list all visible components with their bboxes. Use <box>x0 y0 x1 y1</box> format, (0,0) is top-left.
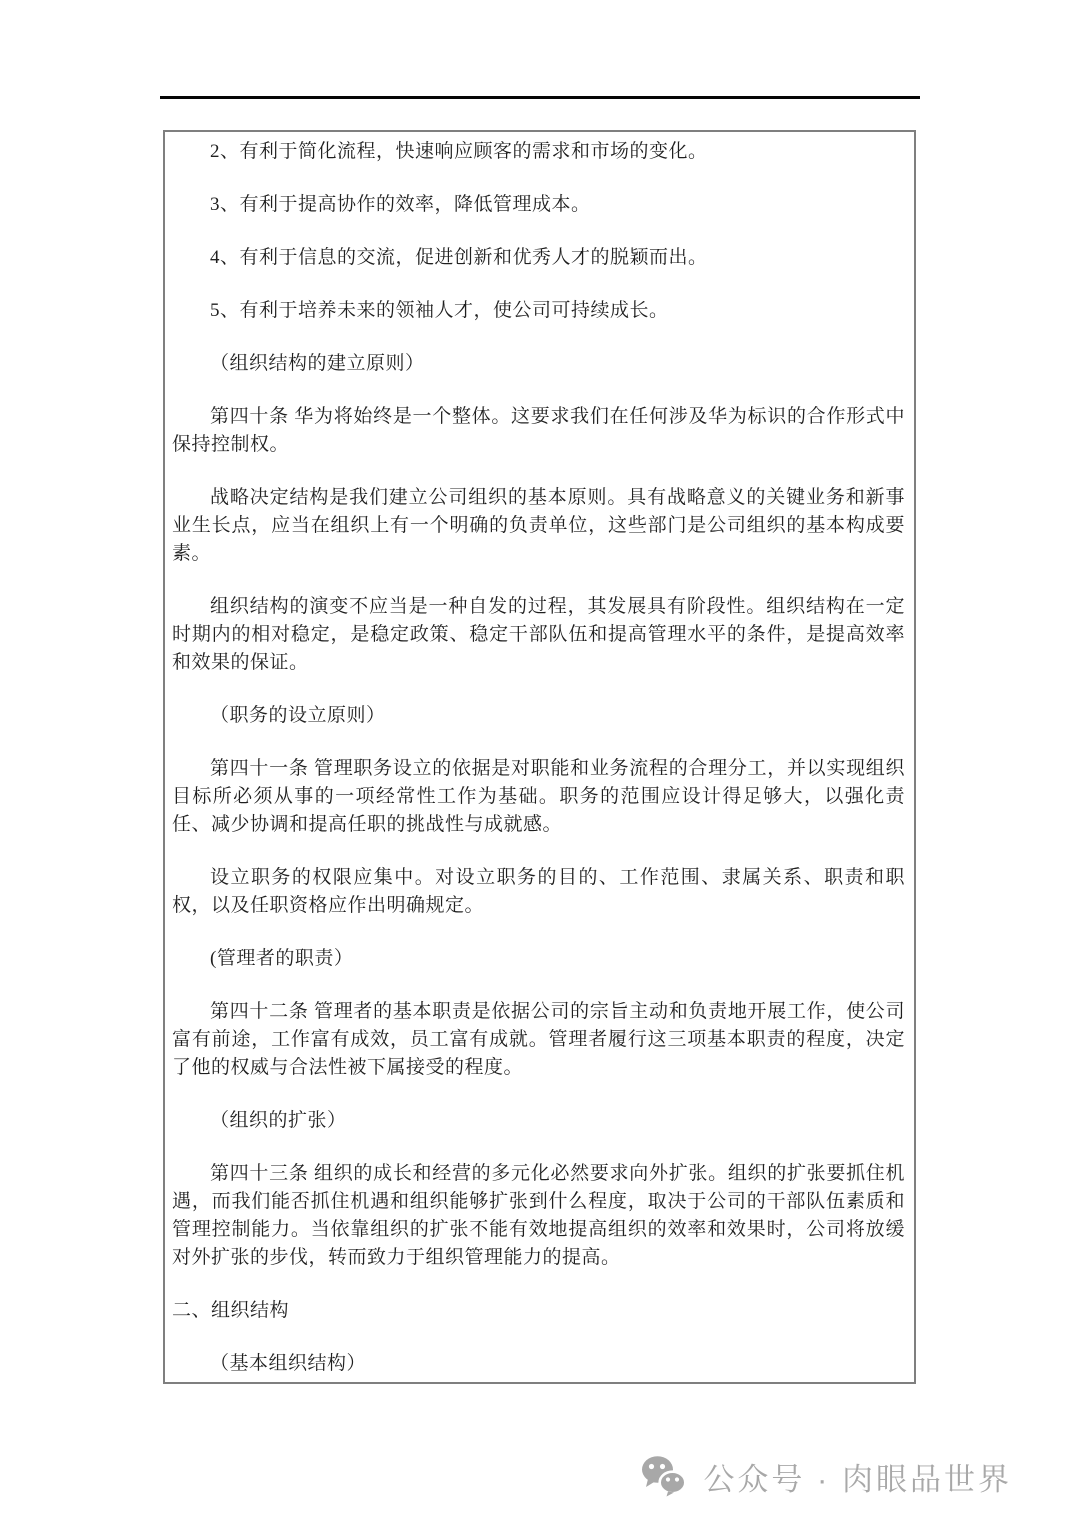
paragraph: (管理者的职责） <box>172 945 905 973</box>
paragraph: 3、有利于提高协作的效率，降低管理成本。 <box>172 191 905 219</box>
paragraph: 4、有利于信息的交流，促进创新和优秀人才的脱颖而出。 <box>172 244 905 272</box>
document-frame: 2、有利于简化流程，快速响应顾客的需求和市场的变化。3、有利于提高协作的效率，降… <box>163 130 916 1384</box>
paragraph: 组织结构的演变不应当是一种自发的过程，其发展具有阶段性。组织结构在一定时期内的相… <box>172 593 905 677</box>
paragraph: 第四十条 华为将始终是一个整体。这要求我们在任何涉及华为标识的合作形式中保持控制… <box>172 403 905 459</box>
document-page: 2、有利于简化流程，快速响应顾客的需求和市场的变化。3、有利于提高协作的效率，降… <box>0 0 1080 1528</box>
paragraph: （职务的设立原则） <box>172 702 905 730</box>
watermark: 公众号 · 肉眼品世界 <box>641 1452 1012 1500</box>
paragraph: 2、有利于简化流程，快速响应顾客的需求和市场的变化。 <box>172 138 905 166</box>
paragraph: 第四十三条 组织的成长和经营的多元化必然要求向外扩张。组织的扩张要抓住机遇，而我… <box>172 1160 905 1272</box>
paragraph: 战略决定结构是我们建立公司组织的基本原则。具有战略意义的关键业务和新事业生长点，… <box>172 484 905 568</box>
paragraph: （基本组织结构） <box>172 1350 905 1378</box>
watermark-text: 公众号 · 肉眼品世界 <box>703 1454 1012 1499</box>
paragraph: （组织的扩张） <box>172 1107 905 1135</box>
paragraph: 设立职务的权限应集中。对设立职务的目的、工作范围、隶属关系、职责和职权，以及任职… <box>172 864 905 920</box>
top-rule <box>160 96 920 99</box>
paragraph: 第四十二条 管理者的基本职责是依据公司的宗旨主动和负责地开展工作，使公司富有前途… <box>172 998 905 1082</box>
paragraph: 二、组织结构 <box>172 1297 905 1325</box>
paragraph: 5、有利于培养未来的领袖人才，使公司可持续成长。 <box>172 297 905 325</box>
paragraph: 第四十一条 管理职务设立的依据是对职能和业务流程的合理分工，并以实现组织目标所必… <box>172 755 905 839</box>
paragraph: （组织结构的建立原则） <box>172 350 905 378</box>
wechat-icon <box>641 1455 687 1497</box>
